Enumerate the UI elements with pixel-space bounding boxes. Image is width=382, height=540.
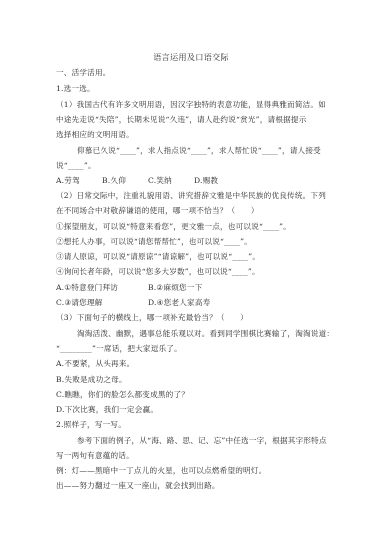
option-c: C.③请您理解 <box>56 298 103 308</box>
list-item: ②想托人办事，可以说“请您帮帮忙”，也可以说“____”。 <box>56 237 346 247</box>
option-c: C.笑纳 <box>148 176 172 186</box>
option-d: D.下次比赛，我们一定会赢。 <box>56 405 346 415</box>
option-b: B.久仰 <box>102 176 126 186</box>
list-item: ③请人原谅，可以说“请原谅”“请谅解”，也可以说“____”。 <box>56 252 346 262</box>
paragraph-line: 在不同场合中对敬辞谦语的使用，哪一项不恰当？（ ） <box>56 206 346 216</box>
option-b: B.失败是成功之母。 <box>56 375 346 385</box>
option-d: D.赐教 <box>194 176 218 186</box>
paragraph-line: 说“____”。 <box>56 161 346 171</box>
option-a: A.不要紧，从头再来。 <box>56 359 346 369</box>
option-d: D.④您老人家高寿 <box>148 298 210 308</box>
section-heading: 一、活学活用。 <box>56 68 346 78</box>
question-heading: 1.选一选。 <box>56 84 346 94</box>
list-item: ①探望朋友，可以说“特意来看您”，更文雅一点，也可以说“____”。 <box>56 222 346 232</box>
paragraph-line: 写一两句有意蕴的话。 <box>56 451 346 461</box>
paragraph-line: 仰慕已久说“____”，求人指点说“____”，求人帮忙说“____”，请人接受 <box>77 146 367 156</box>
paragraph-line: （1）我国古代有许多文明用语，因汉字独特的表意功能，显得典雅而简洁。如 <box>56 100 346 110</box>
paragraph-line: 选择相应的文明用语。 <box>56 130 346 140</box>
paragraph-line: （2）日常交际中，注重礼貌用语、讲究措辞文雅是中华民族的优良传统。下列 <box>56 191 346 201</box>
list-item: ④询问长者年龄，可以说“您多大岁数”，也可以说“____”。 <box>56 267 346 277</box>
option-b: B.②麻烦您一下 <box>148 283 202 293</box>
paragraph-line: “________”一席话，把大家逗乐了。 <box>56 344 346 354</box>
paragraph-line: 淘淘活泼、幽默，遇事总能乐观以对。看到同学围棋比赛输了，淘淘说道： <box>77 329 367 339</box>
document-title: 语言运用及口语交际 <box>0 52 382 62</box>
question-heading: 2.照样子，写一写。 <box>56 420 346 430</box>
example-line: 例：灯——黑暗中一丁点儿的火星，也可以点燃希望的明灯。 <box>56 466 346 476</box>
option-a: A.劳驾 <box>56 176 80 186</box>
paragraph-line: （3）下面句子的横线上，哪一项补充最恰当？（ ） <box>56 313 346 323</box>
option-c: C.瞧瞧，你们的脸怎么都变成黑的了？ <box>56 390 346 400</box>
example-line: 出——努力翻过一座又一座山，就会找到出路。 <box>56 481 346 491</box>
paragraph-line: 中途先走说“失陪”，长期未见说“久违”，请人赴约说“赏光”，请根据提示 <box>56 115 346 125</box>
option-a: A.①特意登门拜访 <box>56 283 118 293</box>
paragraph-line: 参考下面的例子，从“海、路、思、记、忘”中任选一字，根据其字形特点 <box>77 436 367 446</box>
document-page: 语言运用及口语交际 一、活学活用。 1.选一选。 （1）我国古代有许多文明用语，… <box>0 0 382 540</box>
